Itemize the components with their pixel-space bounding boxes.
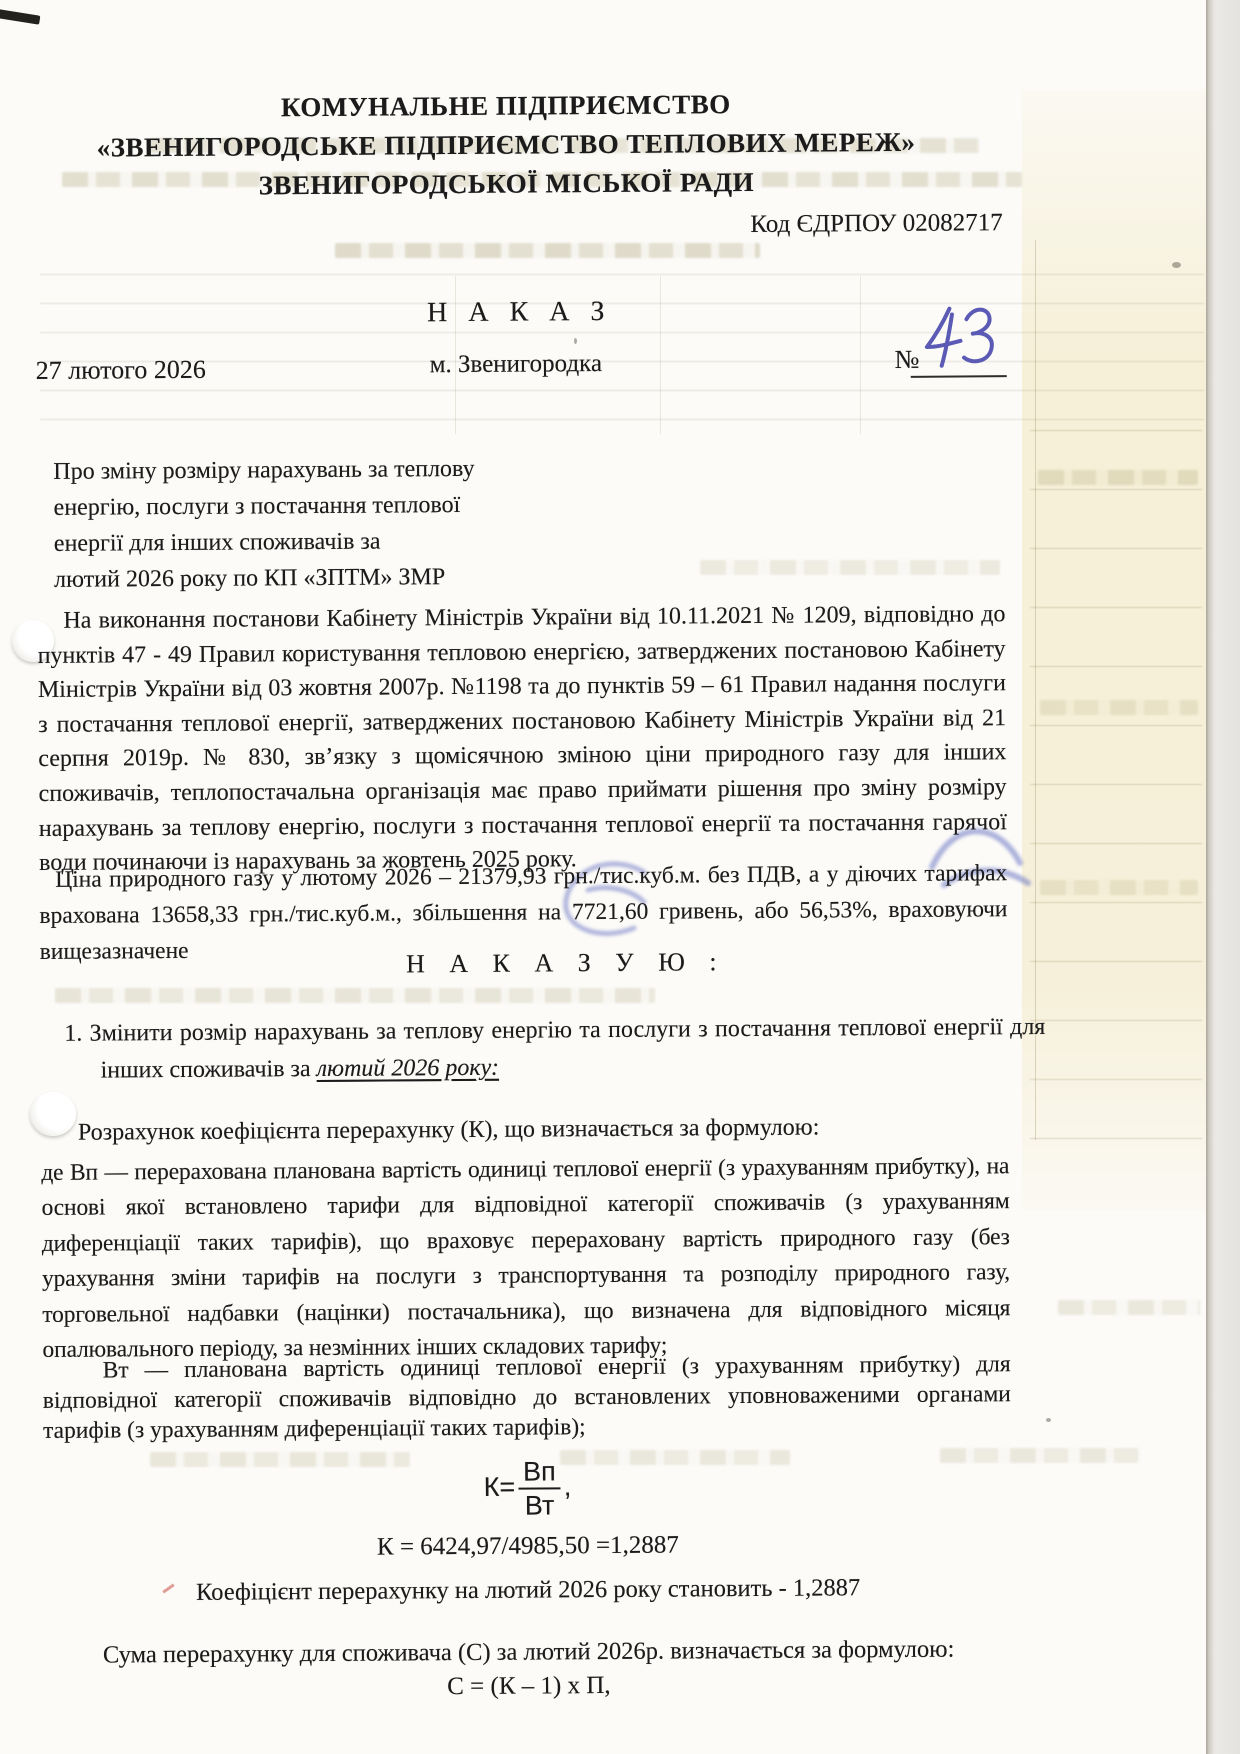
paragraph-vt-definition: Вт — планована вартість одиниці теплової…	[43, 1349, 1012, 1446]
subject-line: лютий 2026 року по КП «ЗПТМ» ЗМР	[54, 558, 534, 597]
coefficient-intro: Розрахунок коефіцієнта перерахунку (К), …	[78, 1113, 1008, 1146]
organization-name-line3: ЗВЕНИГОРОДСЬКОЇ МІСЬКОЇ РАДИ	[16, 161, 996, 207]
coefficient-calculation: К = 6424,97/4985,50 =1,2887	[44, 1529, 1012, 1564]
scanned-document: КОМУНАЛЬНЕ ПІДПРИЄМСТВО «ЗВЕНИГОРОДСЬКЕ …	[0, 0, 1240, 1754]
document-title: Н А К А З	[35, 293, 1003, 332]
document-page: КОМУНАЛЬНЕ ПІДПРИЄМСТВО «ЗВЕНИГОРОДСЬКЕ …	[0, 0, 1206, 1754]
subject-block: Про зміну розміру нарахувань за теплову …	[53, 450, 534, 597]
coefficient-result-line: Коефіцієнт перерахунку на лютий 2026 рок…	[44, 1573, 1012, 1608]
formula-suffix: ,	[564, 1471, 572, 1501]
sum-formula: С = (К – 1) х П,	[45, 1669, 1013, 1704]
decree-heading: Н А К А З У Ю :	[82, 945, 1050, 982]
scanner-background-strip	[1206, 0, 1240, 1754]
document-content: КОМУНАЛЬНЕ ПІДПРИЄМСТВО «ЗВЕНИГОРОДСЬКЕ …	[0, 0, 1206, 1754]
subject-line: Про зміну розміру нарахувань за теплову	[53, 450, 533, 489]
subject-line: енергію, послуги з постачання теплової	[54, 486, 534, 525]
formula-numerator: Вп	[518, 1455, 561, 1489]
recalculation-sum-line: Сума перерахунку для споживача (С) за лю…	[45, 1635, 1013, 1670]
formula-fraction: ВпВт	[518, 1455, 561, 1521]
order-item-text: Змінити розмір нарахувань за теплову ене…	[90, 1014, 1046, 1084]
order-item-period-underlined: лютий 2026 року:	[317, 1055, 499, 1082]
subject-line: енергії для інших споживачів за	[54, 522, 534, 561]
organization-name: КОМУНАЛЬНЕ ПІДПРИЄМСТВО «ЗВЕНИГОРОДСЬКЕ …	[16, 83, 997, 207]
order-item-1: 1. Змінити розмір нарахувань за теплову …	[64, 1009, 1045, 1090]
document-number-label: №	[895, 345, 920, 375]
document-city: м. Звенигородка	[430, 350, 603, 379]
formula-lhs: К=	[484, 1472, 516, 1502]
document-date: 27 лютого 2026	[36, 355, 206, 386]
formula-denominator: Вт	[518, 1489, 561, 1521]
organization-name-line2: «ЗВЕНИГОРОДСЬКЕ ПІДПРИЄМСТВО ТЕПЛОВИХ МЕ…	[16, 122, 996, 168]
coefficient-formula: К=ВпВт,	[43, 1452, 1011, 1525]
edrpou-code: Код ЄДРПОУ 02082717	[497, 209, 1003, 241]
handwritten-document-number	[915, 295, 1014, 386]
paragraph-legal-basis: На виконання постанови Кабінету Міністрі…	[37, 597, 1007, 881]
organization-name-line1: КОМУНАЛЬНЕ ПІДПРИЄМСТВО	[16, 83, 996, 129]
paragraph-vp-definition: де Вп — перерахована планована вартість …	[41, 1149, 1010, 1368]
order-item-number: 1.	[64, 1021, 82, 1047]
